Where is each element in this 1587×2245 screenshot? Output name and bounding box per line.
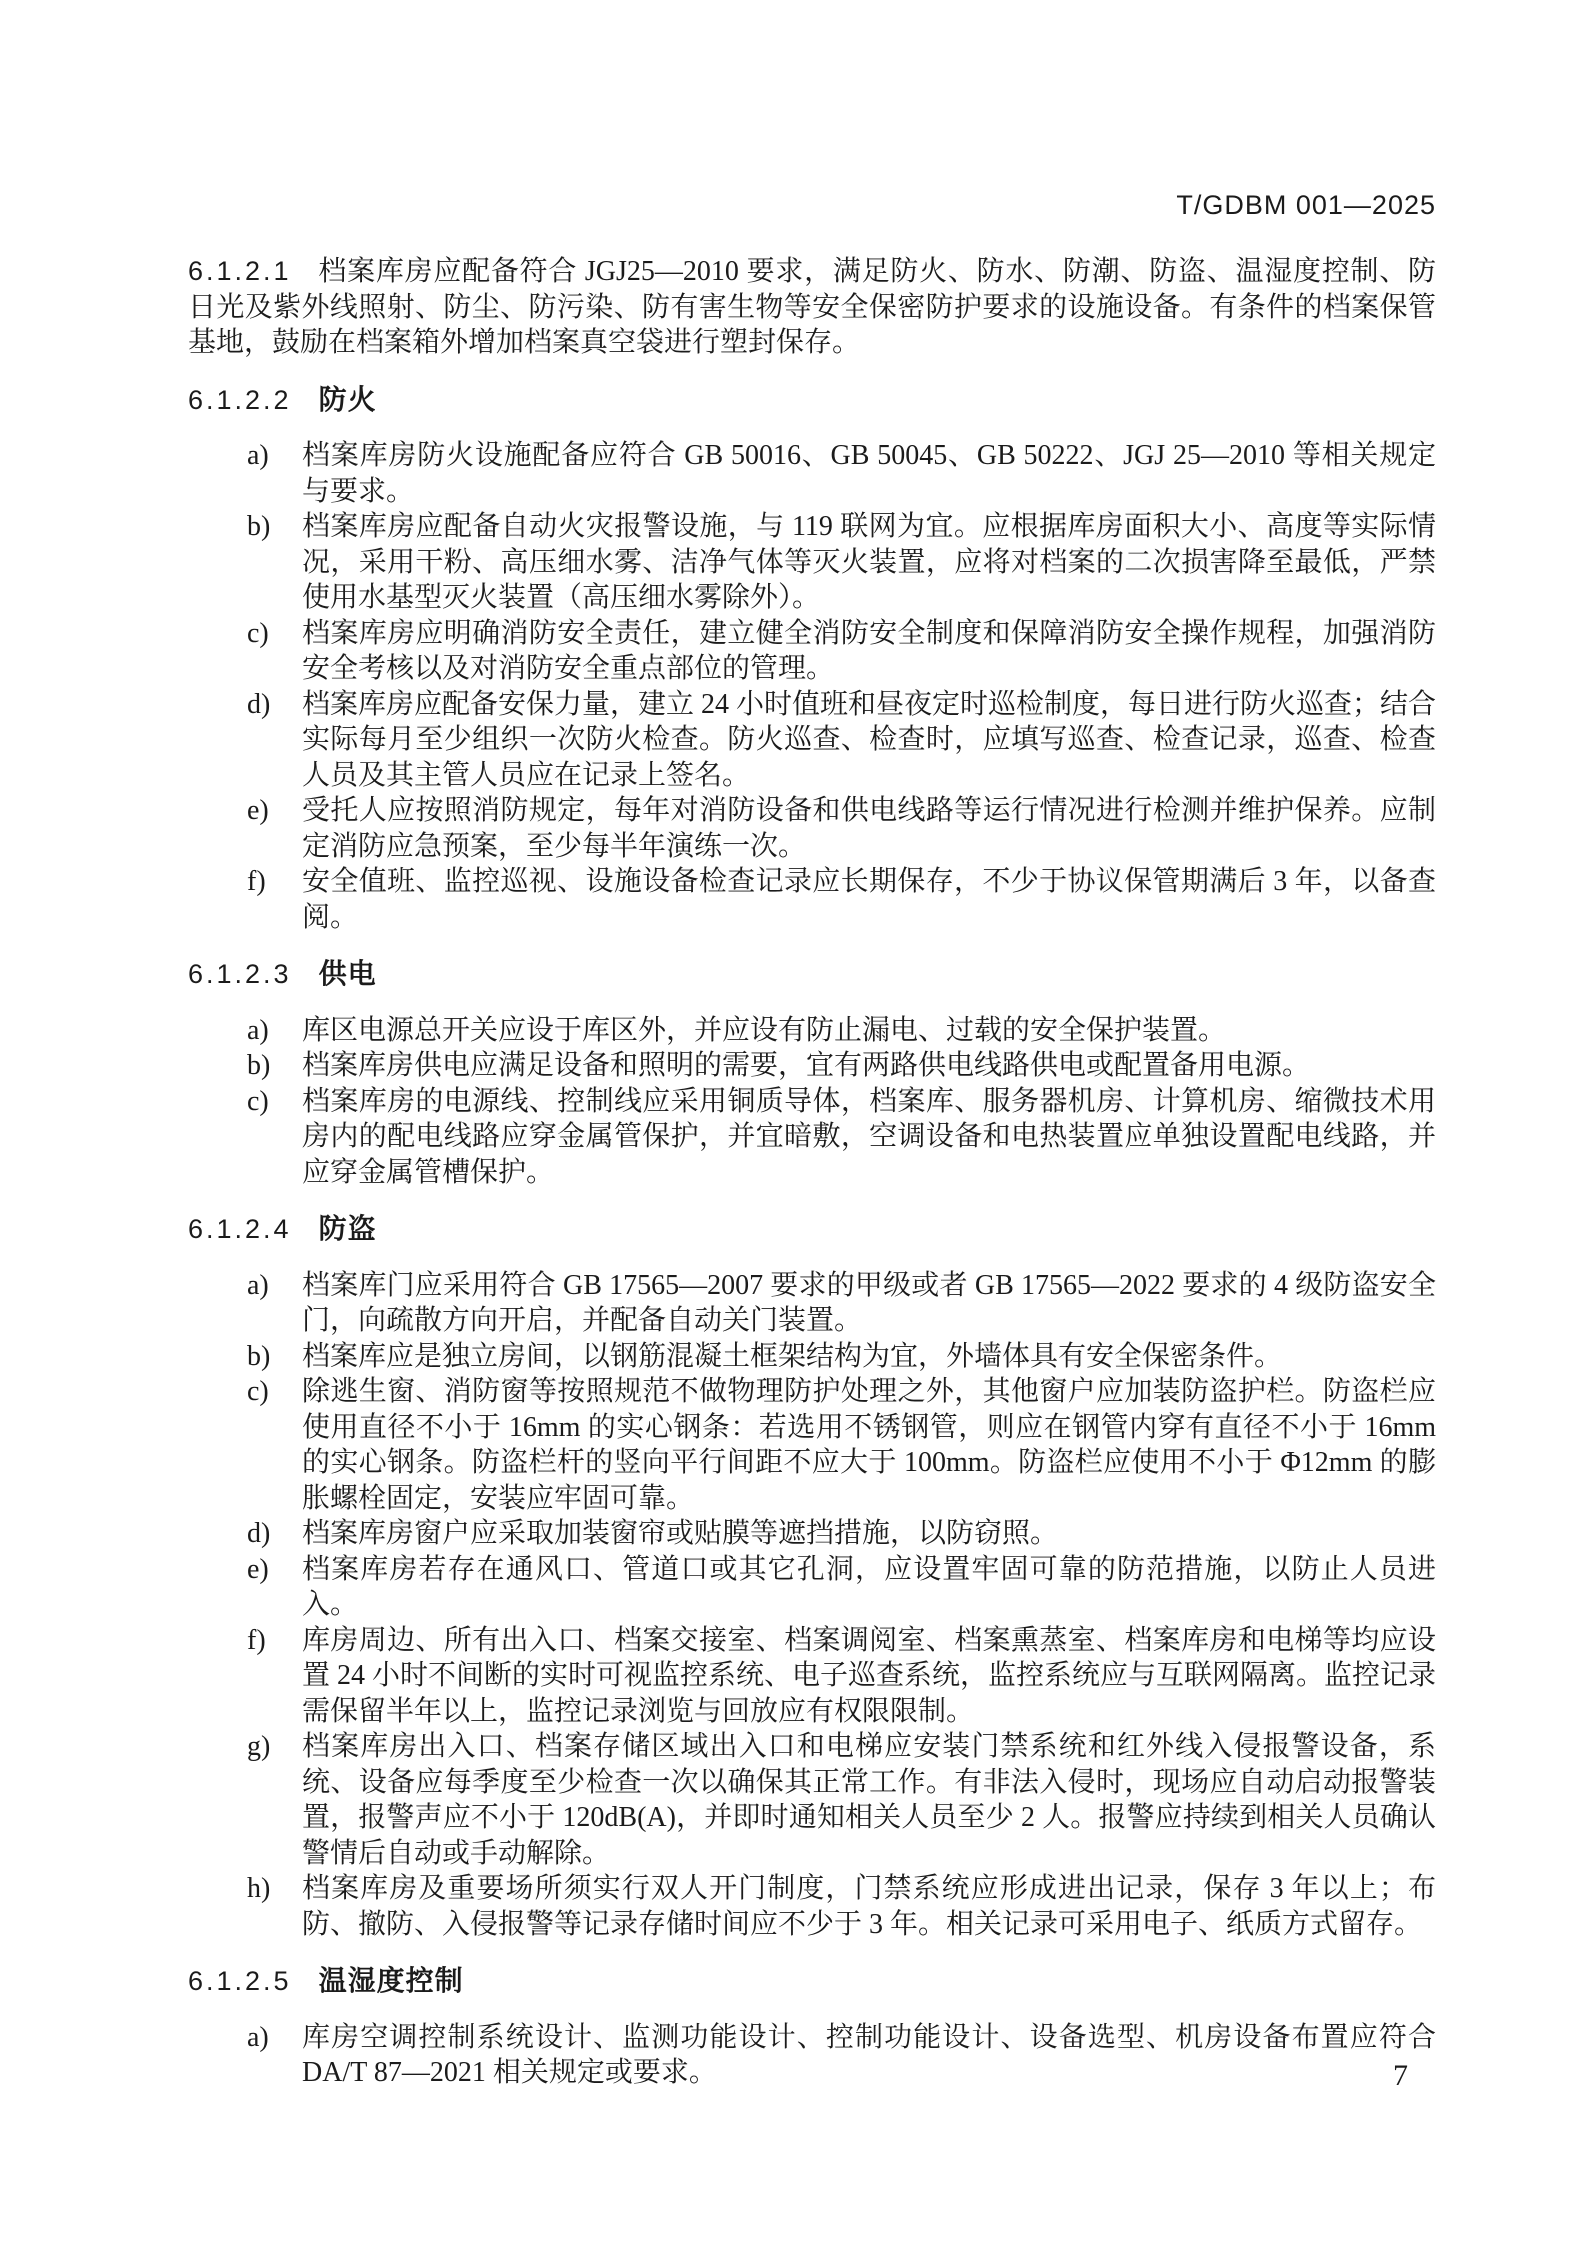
heading-number: 6.1.2.3 xyxy=(188,959,292,989)
heading-title: 防火 xyxy=(319,384,377,415)
list-6125: a) 库房空调控制系统设计、监测功能设计、控制功能设计、设备选型、机房设备布置应… xyxy=(188,2020,1436,2091)
item-text: 档案库房若存在通风口、管道口或其它孔洞，应设置牢固可靠的防范措施，以防止人员进入… xyxy=(302,1552,1436,1623)
page-number: 7 xyxy=(1393,2058,1408,2093)
item-label: b) xyxy=(247,509,270,545)
item-label: b) xyxy=(247,1048,270,1084)
section-heading-6122: 6.1.2.2防火 xyxy=(188,382,1436,419)
heading-number: 6.1.2.2 xyxy=(188,385,292,415)
page-content: T/GDBM 001—2025 6.1.2.1档案库房应配备符合 JGJ25—2… xyxy=(188,0,1436,2091)
heading-title: 供电 xyxy=(319,958,377,989)
item-text: 档案库房的电源线、控制线应采用铜质导体，档案库、服务器机房、计算机房、缩微技术用… xyxy=(302,1084,1436,1191)
clause-number: 6.1.2.1 xyxy=(188,256,292,286)
item-text: 库房周边、所有出入口、档案交接室、档案调阅室、档案熏蒸室、档案库房和电梯等均应设… xyxy=(302,1623,1436,1730)
list-item: d) 档案库房应配备安保力量，建立 24 小时值班和昼夜定时巡检制度，每日进行防… xyxy=(188,687,1436,794)
heading-number: 6.1.2.4 xyxy=(188,1214,292,1244)
item-text: 档案库应是独立房间，以钢筋混凝土框架结构为宜，外墙体具有安全保密条件。 xyxy=(302,1339,1436,1375)
item-label: c) xyxy=(247,1374,269,1410)
section-heading-6124: 6.1.2.4防盗 xyxy=(188,1211,1436,1248)
item-label: a) xyxy=(247,2020,269,2056)
item-text: 档案库房出入口、档案存储区域出入口和电梯应安装门禁系统和红外线入侵报警设备，系统… xyxy=(302,1729,1436,1871)
item-label: a) xyxy=(247,1013,269,1049)
item-text: 除逃生窗、消防窗等按照规范不做物理防护处理之外，其他窗户应加装防盗护栏。防盗栏应… xyxy=(302,1374,1436,1516)
item-label: e) xyxy=(247,1552,269,1588)
item-text: 库房空调控制系统设计、监测功能设计、控制功能设计、设备选型、机房设备布置应符合 … xyxy=(302,2020,1436,2091)
heading-number: 6.1.2.5 xyxy=(188,1966,292,1996)
list-item: b) 档案库应是独立房间，以钢筋混凝土框架结构为宜，外墙体具有安全保密条件。 xyxy=(188,1339,1436,1375)
item-label: h) xyxy=(247,1871,270,1907)
item-label: b) xyxy=(247,1339,270,1375)
clause-6121: 6.1.2.1档案库房应配备符合 JGJ25—2010 要求，满足防火、防水、防… xyxy=(188,254,1436,361)
list-item: b) 档案库房应配备自动火灾报警设施，与 119 联网为宜。应根据库房面积大小、… xyxy=(188,509,1436,616)
item-label: e) xyxy=(247,793,269,829)
list-6122: a) 档案库房防火设施配备应符合 GB 50016、GB 50045、GB 50… xyxy=(188,438,1436,935)
item-text: 档案库房应配备安保力量，建立 24 小时值班和昼夜定时巡检制度，每日进行防火巡查… xyxy=(302,687,1436,794)
list-item: a) 档案库门应采用符合 GB 17565—2007 要求的甲级或者 GB 17… xyxy=(188,1268,1436,1339)
section-heading-6125: 6.1.2.5温湿度控制 xyxy=(188,1963,1436,2000)
list-item: f) 库房周边、所有出入口、档案交接室、档案调阅室、档案熏蒸室、档案库房和电梯等… xyxy=(188,1623,1436,1730)
item-text: 档案库房应明确消防安全责任，建立健全消防安全制度和保障消防安全操作规程，加强消防… xyxy=(302,616,1436,687)
item-text: 受托人应按照消防规定，每年对消防设备和供电线路等运行情况进行检测并维护保养。应制… xyxy=(302,793,1436,864)
item-text: 安全值班、监控巡视、设施设备检查记录应长期保存，不少于协议保管期满后 3 年，以… xyxy=(302,864,1436,935)
item-label: f) xyxy=(247,864,266,900)
item-label: a) xyxy=(247,438,269,474)
list-item: f) 安全值班、监控巡视、设施设备检查记录应长期保存，不少于协议保管期满后 3 … xyxy=(188,864,1436,935)
document-page: T/GDBM 001—2025 6.1.2.1档案库房应配备符合 JGJ25—2… xyxy=(0,0,1587,2245)
item-label: c) xyxy=(247,1084,269,1120)
list-item: g) 档案库房出入口、档案存储区域出入口和电梯应安装门禁系统和红外线入侵报警设备… xyxy=(188,1729,1436,1871)
list-item: a) 库房空调控制系统设计、监测功能设计、控制功能设计、设备选型、机房设备布置应… xyxy=(188,2020,1436,2091)
item-text: 库区电源总开关应设于库区外，并应设有防止漏电、过载的安全保护装置。 xyxy=(302,1013,1436,1049)
item-label: f) xyxy=(247,1623,266,1659)
list-item: c) 除逃生窗、消防窗等按照规范不做物理防护处理之外，其他窗户应加装防盗护栏。防… xyxy=(188,1374,1436,1516)
list-item: a) 档案库房防火设施配备应符合 GB 50016、GB 50045、GB 50… xyxy=(188,438,1436,509)
heading-title: 防盗 xyxy=(319,1213,377,1244)
clause-text: 档案库房应配备符合 JGJ25—2010 要求，满足防火、防水、防潮、防盗、温湿… xyxy=(188,256,1436,358)
item-label: c) xyxy=(247,616,269,652)
item-text: 档案库门应采用符合 GB 17565—2007 要求的甲级或者 GB 17565… xyxy=(302,1268,1436,1339)
item-text: 档案库房防火设施配备应符合 GB 50016、GB 50045、GB 50222… xyxy=(302,438,1436,509)
list-item: c) 档案库房应明确消防安全责任，建立健全消防安全制度和保障消防安全操作规程，加… xyxy=(188,616,1436,687)
item-text: 档案库房窗户应采取加装窗帘或贴膜等遮挡措施，以防窃照。 xyxy=(302,1516,1436,1552)
list-item: d) 档案库房窗户应采取加装窗帘或贴膜等遮挡措施，以防窃照。 xyxy=(188,1516,1436,1552)
item-label: g) xyxy=(247,1729,270,1765)
list-item: c) 档案库房的电源线、控制线应采用铜质导体，档案库、服务器机房、计算机房、缩微… xyxy=(188,1084,1436,1191)
list-item: h) 档案库房及重要场所须实行双人开门制度，门禁系统应形成进出记录，保存 3 年… xyxy=(188,1871,1436,1942)
item-label: d) xyxy=(247,1516,270,1552)
list-item: e) 受托人应按照消防规定，每年对消防设备和供电线路等运行情况进行检测并维护保养… xyxy=(188,793,1436,864)
list-item: b) 档案库房供电应满足设备和照明的需要，宜有两路供电线路供电或配置备用电源。 xyxy=(188,1048,1436,1084)
heading-title: 温湿度控制 xyxy=(319,1965,464,1996)
item-text: 档案库房供电应满足设备和照明的需要，宜有两路供电线路供电或配置备用电源。 xyxy=(302,1048,1436,1084)
list-item: e) 档案库房若存在通风口、管道口或其它孔洞，应设置牢固可靠的防范措施，以防止人… xyxy=(188,1552,1436,1623)
section-heading-6123: 6.1.2.3供电 xyxy=(188,956,1436,993)
item-label: a) xyxy=(247,1268,269,1304)
list-item: a) 库区电源总开关应设于库区外，并应设有防止漏电、过载的安全保护装置。 xyxy=(188,1013,1436,1049)
standard-number-header: T/GDBM 001—2025 xyxy=(188,190,1436,220)
item-label: d) xyxy=(247,687,270,723)
list-6124: a) 档案库门应采用符合 GB 17565—2007 要求的甲级或者 GB 17… xyxy=(188,1268,1436,1943)
item-text: 档案库房应配备自动火灾报警设施，与 119 联网为宜。应根据库房面积大小、高度等… xyxy=(302,509,1436,616)
list-6123: a) 库区电源总开关应设于库区外，并应设有防止漏电、过载的安全保护装置。 b) … xyxy=(188,1013,1436,1191)
item-text: 档案库房及重要场所须实行双人开门制度，门禁系统应形成进出记录，保存 3 年以上；… xyxy=(302,1871,1436,1942)
